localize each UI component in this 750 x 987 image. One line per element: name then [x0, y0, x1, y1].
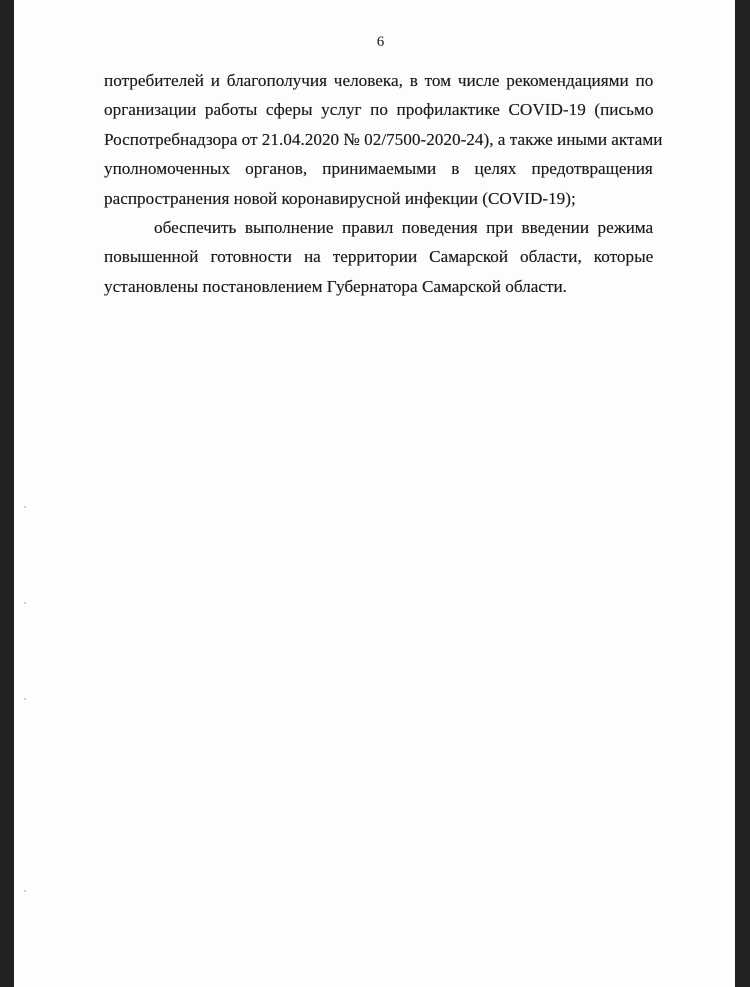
paragraph-1: потребителей и благополучия человека, в …: [104, 66, 653, 213]
text-line: обеспечить выполнение правил поведения п…: [104, 213, 653, 242]
text-line: организации работы сферы услуг по профил…: [104, 95, 653, 124]
page-number: 6: [14, 34, 735, 51]
text-line: уполномоченных органов, принимаемыми в ц…: [104, 154, 653, 183]
paragraph-2: обеспечить выполнение правил поведения п…: [104, 213, 653, 301]
scan-speck: [24, 506, 26, 508]
text-line: потребителей и благополучия человека, в …: [104, 66, 653, 95]
scan-speck: [24, 698, 26, 700]
text-line: Роспотребнадзора от 21.04.2020 № 02/7500…: [104, 125, 653, 154]
document-body: потребителей и благополучия человека, в …: [104, 66, 653, 301]
scan-speck: [24, 890, 26, 892]
text-line: установлены постановлением Губернатора С…: [104, 272, 653, 301]
text-line: повышенной готовности на территории Сама…: [104, 242, 653, 271]
text-line: распространения новой коронавирусной инф…: [104, 184, 653, 213]
document-page: 6 потребителей и благополучия человека, …: [14, 0, 735, 987]
scan-speck: [24, 602, 26, 604]
